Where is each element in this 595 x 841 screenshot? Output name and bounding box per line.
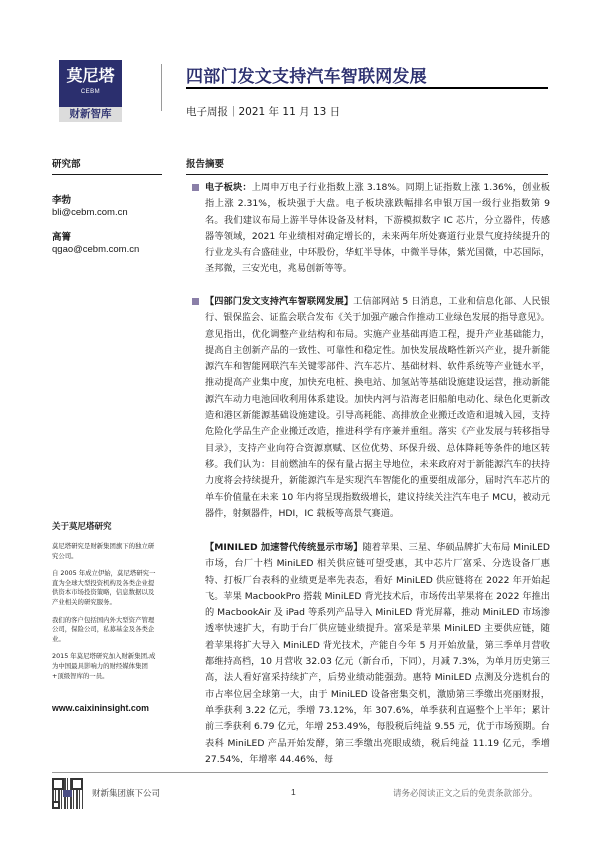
title-underline: [186, 87, 548, 89]
about-paragraph: 自 2005 年成立伊始，莫尼塔研究一直为全球大型投资机构及各类企业提供资本市场…: [52, 569, 157, 607]
logo-chinese-name: 莫尼塔: [59, 60, 122, 86]
footer-divider: [52, 772, 548, 773]
website-link[interactable]: www.caixininsight.com: [52, 703, 157, 713]
logo-top-band: 莫尼塔 CEBM: [59, 60, 122, 107]
author-email[interactable]: qgao@cebm.com.cn: [52, 244, 139, 256]
bullet-square-icon: [192, 298, 199, 305]
bullet-square-icon: [192, 184, 199, 191]
page-number: 1: [291, 787, 296, 797]
logo-english-name: CEBM: [59, 86, 122, 98]
qr-logo: [63, 790, 72, 797]
qr-code-icon: [52, 778, 83, 809]
author-name: 李勃: [52, 195, 128, 207]
bullet-text: 工信部网站 5 日消息，工业和信息化部、人民银行、银保监会、证监会联合发布《关于…: [205, 296, 550, 519]
sidebar-heading: 研究部: [52, 156, 162, 175]
about-title: 关于莫尼塔研究: [52, 520, 157, 532]
logo-subtitle: 财新智库: [59, 107, 122, 122]
about-paragraph: 2015 年莫尼塔研究加入财新集团,成为中国最具影响力的财经媒体集团+顶级智库的…: [52, 652, 157, 681]
about-paragraph: 莫尼塔研究是财新集团旗下的独立研究公司。: [52, 542, 157, 561]
report-subtitle: 电子周报｜2021 年 11 月 13 日: [186, 104, 340, 119]
bullet-text: 上周申万电子行业指数上涨 3.18%。同期上证指数上涨 1.36%，创业板指上涨…: [205, 182, 550, 274]
summary-bullet: 电子板块：上周申万电子行业指数上涨 3.18%。同期上证指数上涨 1.36%，创…: [205, 180, 550, 278]
bullet-text: 随着苹果、三星、华硕品牌扩大布局 MiniLED 市场，台厂十档 MiniLED…: [205, 542, 550, 763]
report-title: 四部门发文支持汽车智联网发展: [186, 62, 427, 87]
author-card: 高箐 qgao@cebm.com.cn: [52, 232, 139, 256]
cebm-logo: 莫尼塔 CEBM 财新智库: [59, 60, 122, 122]
summary-bullet: 【MINILED 加速替代传统显示市场】随着苹果、三星、华硕品牌扩大布局 Min…: [205, 540, 550, 763]
bullet-lead: 【四部门发文支持汽车智联网发展】: [205, 296, 353, 307]
about-paragraph: 我们的客户包括国内外大型资产管理公司，保险公司，私募基金及各类企业。: [52, 616, 157, 645]
summary-heading: 报告摘要: [186, 156, 548, 175]
bullet-lead: 【MINILED 加速替代传统显示市场】: [205, 542, 362, 553]
bullet-lead: 电子板块：: [205, 182, 252, 193]
footer-disclaimer: 请务必阅读正文之后的免责条款部分。: [393, 787, 538, 799]
author-name: 高箐: [52, 232, 139, 244]
author-card: 李勃 bli@cebm.com.cn: [52, 195, 128, 219]
footer-company: 财新集团旗下公司: [92, 787, 160, 799]
qr-finder: [52, 801, 60, 809]
header-divider: [161, 64, 162, 111]
summary-bullet: 【四部门发文支持汽车智联网发展】工信部网站 5 日消息，工业和信息化部、人民银行…: [205, 294, 550, 522]
about-section: 关于莫尼塔研究 莫尼塔研究是财新集团旗下的独立研究公司。 自 2005 年成立伊…: [52, 520, 157, 713]
author-email[interactable]: bli@cebm.com.cn: [52, 207, 128, 219]
